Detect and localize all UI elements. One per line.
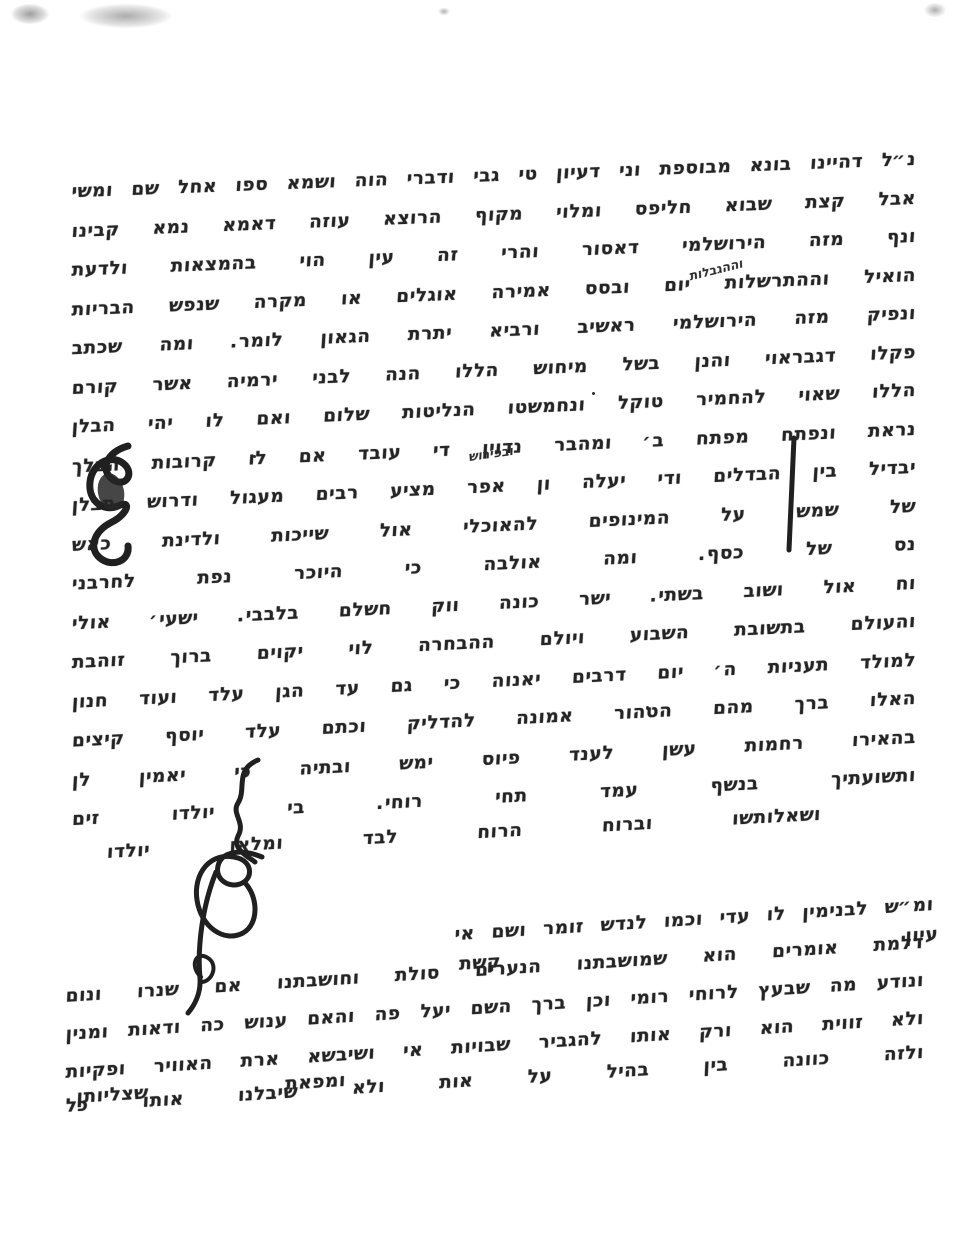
scanner-smudge [436, 6, 452, 17]
loop-flourish [196, 852, 262, 936]
manuscript-page: נ״ל דהיינו בונא מבוספת וני דעיון טי גבי … [0, 0, 953, 1252]
scanner-smudge [66, 0, 186, 32]
scanner-smudge [4, 0, 56, 28]
long-vertical-stroke [789, 438, 794, 550]
scanner-smudge [920, 0, 950, 20]
